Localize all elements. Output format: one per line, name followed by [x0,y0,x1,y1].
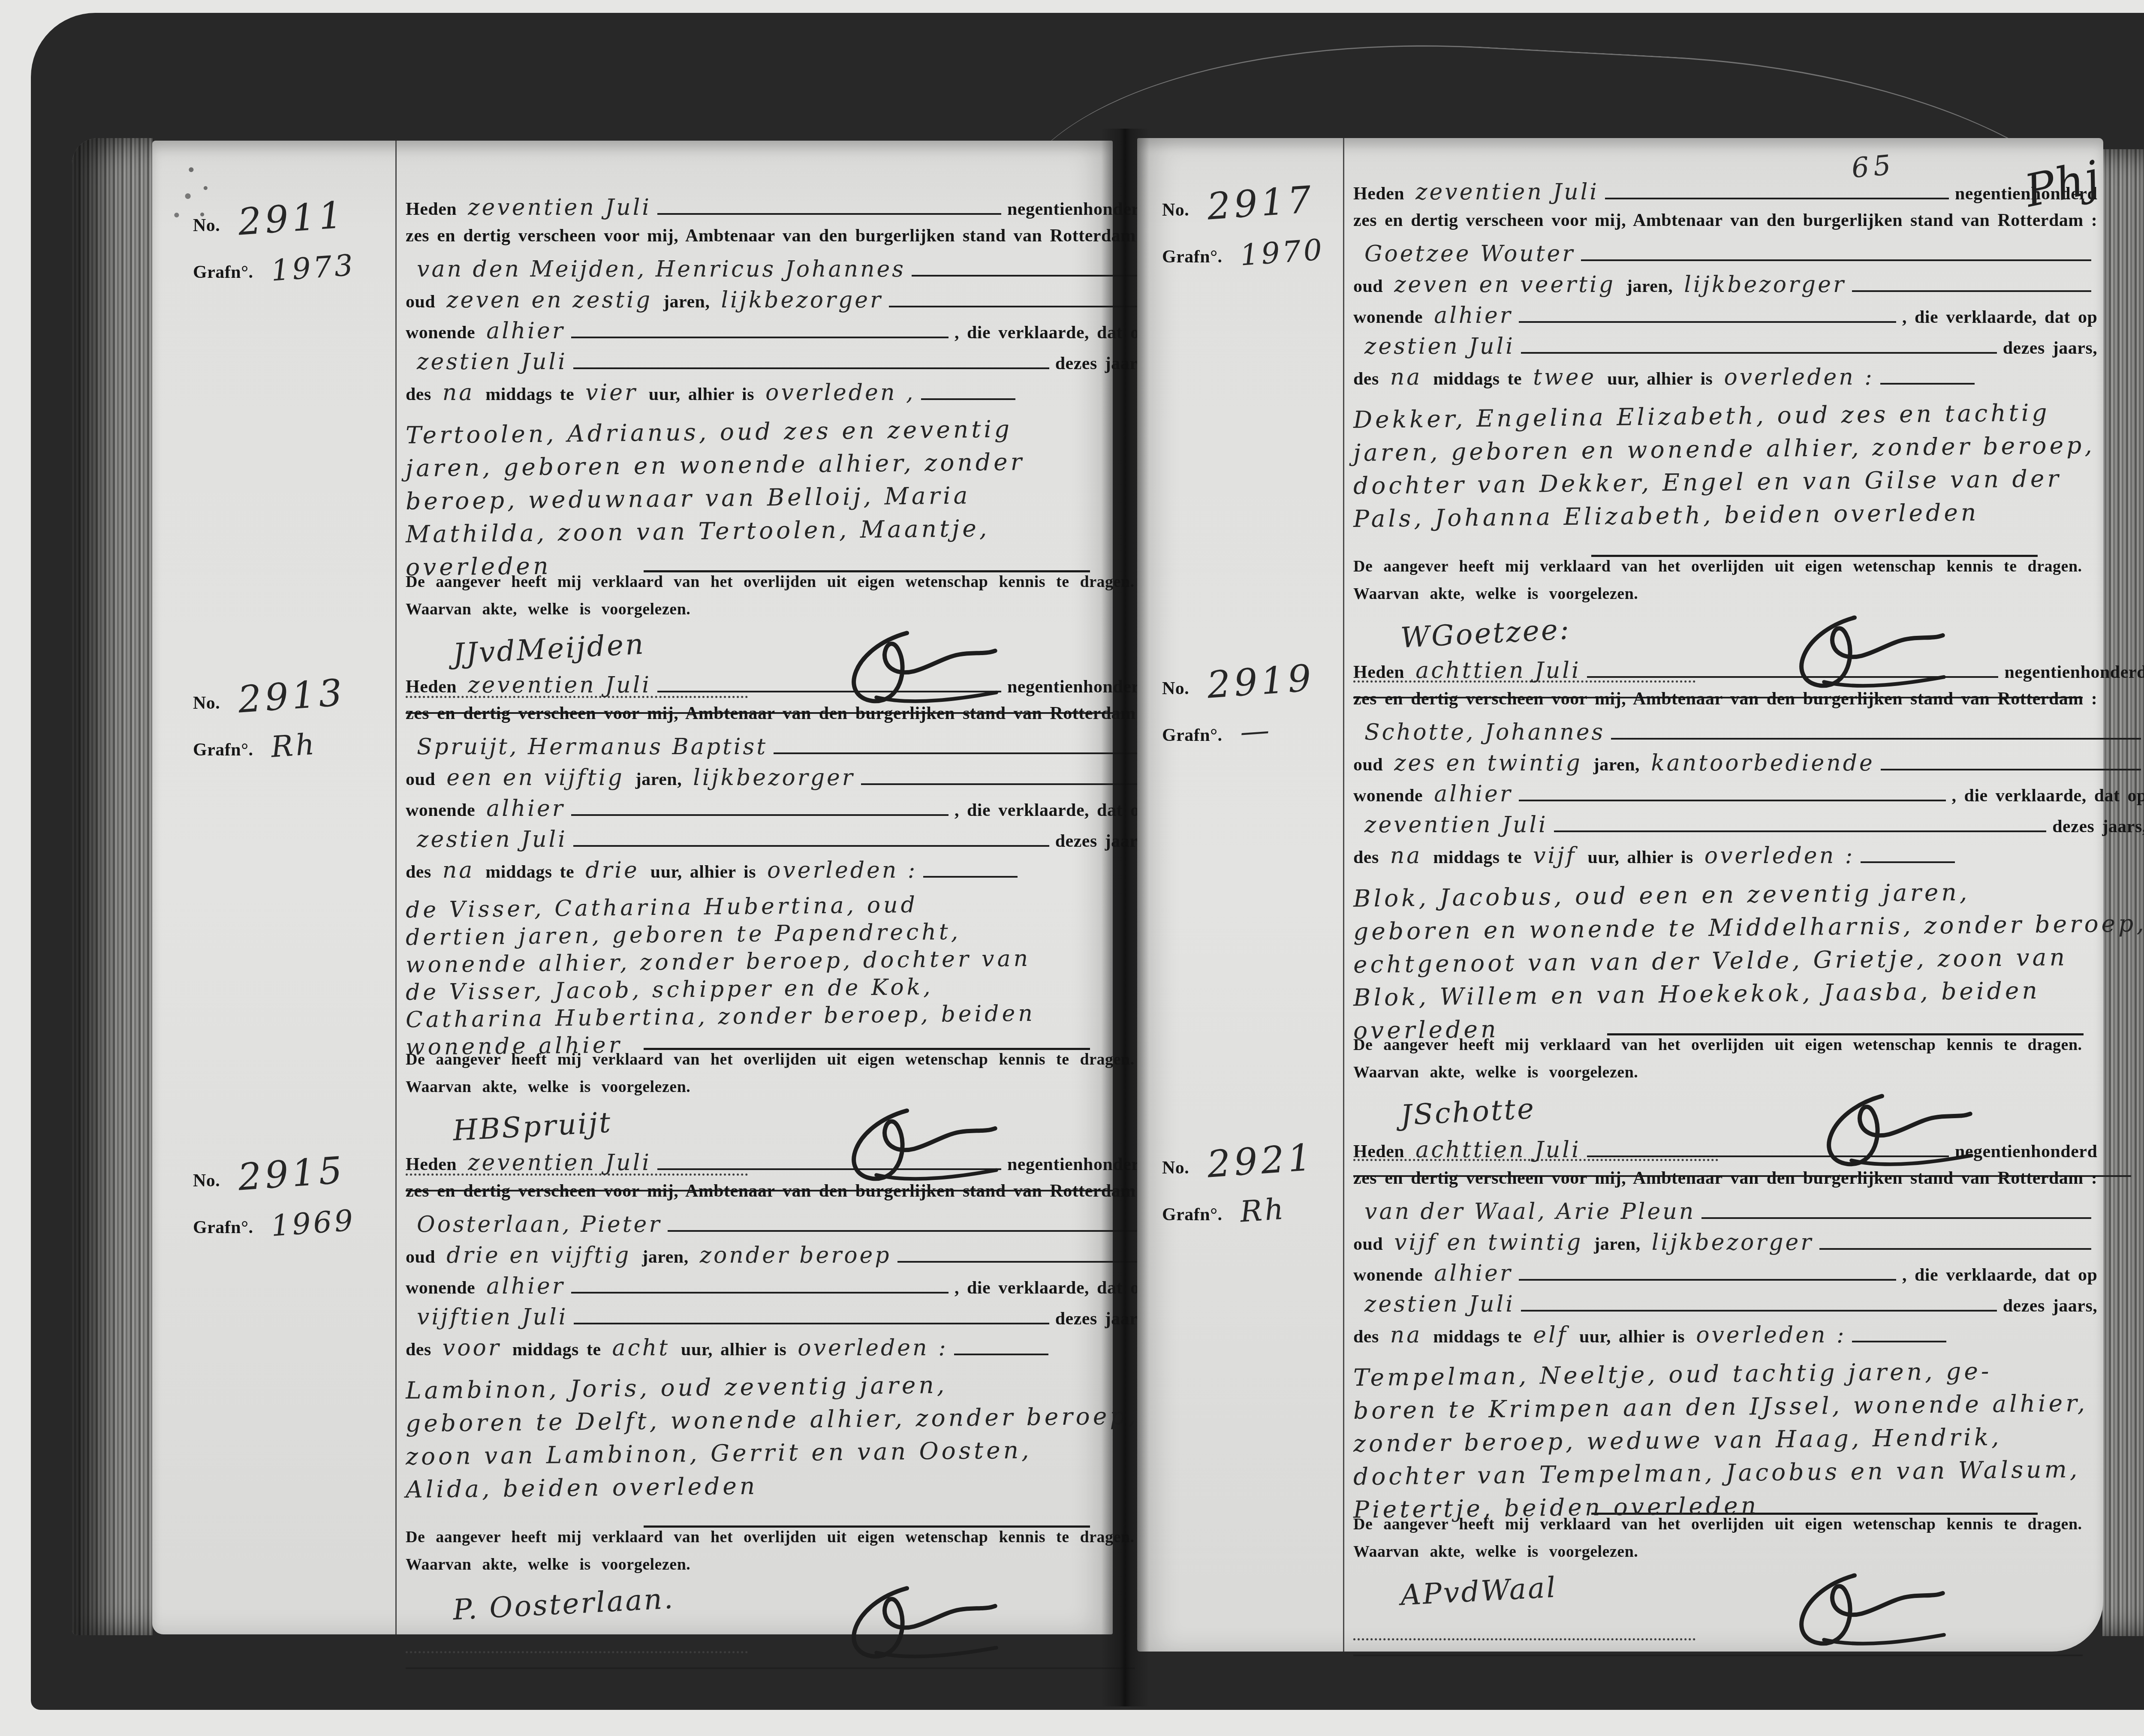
declarant-occupation: lijkbezorger [693,765,855,791]
waarvan-statement: Waarvan akte, welke is voorgelezen. [406,1077,690,1096]
dezes-jaars-label: dezes jaars, [2052,816,2144,837]
heden-label: Heden [1353,662,1404,683]
declaration-date: zeventien Juli [1415,179,1599,205]
signature-dotted-line [406,1651,748,1653]
grave-number-label: Grafn°. [1162,247,1222,267]
heden-label: Heden [1353,184,1404,204]
declaration-date: achttien Juli [1415,658,1581,683]
grave-number-value: Rh [270,727,318,764]
declarant-name: Spruijt, Hermanus Baptist [417,734,768,760]
jaren-label: jaren, [635,769,682,790]
declarant-residence: alhier [486,318,565,344]
blank-rule [1581,244,2091,261]
middags-label: middags te [1433,1327,1522,1347]
declarant-occupation: lijkbezorger [1652,1230,1813,1255]
declarant-signature: APvdWaal [1400,1571,1558,1612]
register-page-right: No. 2917 Grafn°. 1970 Heden zeventien Ju… [1137,138,2103,1652]
des-label: des [1353,847,1379,868]
signature-dotted-line [1353,1638,1695,1640]
deceased-details: Blok, Jacobus, oud een en zeventig jaren… [1353,878,2144,1046]
dezes-jaars-label: dezes jaars, [2003,1296,2098,1316]
declarant-signature: P. Oosterlaan. [452,1582,675,1627]
record-number-value: 2911 [237,193,347,244]
blank-rule [571,1276,949,1294]
death-hour: vijf [1533,843,1576,869]
record-number-label: No. [193,1170,220,1191]
deceased-details: Dekker, Engelina Elizabeth, oud zes en t… [1353,400,2097,568]
death-date: zestien Juli [417,827,567,852]
appeared-before-line: zes en dertig verscheen voor mij, Ambten… [1353,210,2097,231]
blank-rule [1519,306,1896,323]
death-record: No. 2915 Grafn°. 1969 Heden zeventien Ju… [152,1150,1113,1670]
oud-label: oud [1353,276,1383,297]
aangever-statement: De aangever heeft mij verklaard van het … [1353,557,2082,576]
overleden-word: overleden : [798,1335,948,1361]
record-number-value: 2913 [237,671,347,721]
appeared-before-line: zes en dertig verscheen voor mij, Ambten… [406,1181,1150,1201]
middags-label: middags te [1433,369,1522,389]
death-record: No. 2919 Grafn°. — Heden achttien Juli n… [1137,658,2103,1178]
oud-label: oud [406,292,435,312]
daypart: na [443,380,475,406]
des-label: des [406,1339,431,1360]
blank-rule [657,198,1001,215]
record-number-label: No. [1162,1158,1189,1178]
blank-rule [1611,722,2141,740]
record-number-value: 2917 [1206,178,1316,228]
appeared-before-line: zes en dertig verscheen voor mij, Ambten… [1353,1168,2097,1188]
declaration-date: zeventien Juli [468,1150,651,1176]
wonende-label: wonende [1353,307,1423,328]
verklaarde-label: , die verklaarde, dat op [1902,307,2097,328]
des-label: des [406,384,431,405]
negentienhonderd-label: negentienhonderd [2004,662,2144,683]
declarant-signature: HBSpruijt [452,1106,613,1147]
grave-number-label: Grafn°. [193,740,253,760]
overleden-word: overleden , [765,380,915,406]
record-number-label: No. [1162,200,1189,220]
death-record: No. 2921 Grafn°. Rh Heden achttien Juli … [1137,1137,2103,1657]
declarant-age: zeven en veertig [1394,272,1615,298]
blank-rule [668,1215,1144,1232]
declarant-name: Oosterlaan, Pieter [417,1212,662,1237]
des-label: des [1353,1327,1379,1347]
declarant-residence: alhier [1434,1261,1512,1286]
heden-label: Heden [406,677,457,697]
declarant-residence: alhier [486,1273,565,1299]
appeared-before-line: zes en dertig verscheen voor mij, Ambten… [1353,689,2097,709]
declarant-residence: alhier [1434,781,1512,807]
death-record: No. 2911 Grafn°. 1973 Heden zeventien Ju… [152,195,1113,715]
grave-number-value: 1969 [270,1203,357,1243]
blank-rule [1554,815,2047,832]
jaren-label: jaren, [1593,755,1640,775]
record-number-value: 2919 [1206,656,1316,707]
official-signature-icon [815,1579,999,1667]
oud-label: oud [406,769,435,790]
blank-rule [573,352,1049,369]
declarant-residence: alhier [486,796,565,821]
declarant-age: vijf en twintig [1394,1230,1583,1255]
verklaarde-label: , die verklaarde, dat op [1902,1265,2097,1285]
wonende-label: wonende [1353,1265,1423,1285]
verklaarde-label: , die verklaarde, dat op [1952,785,2144,806]
blank-rule [1587,1140,1949,1157]
death-record: No. 2913 Grafn°. Rh Heden zeventien Juli… [152,672,1113,1192]
deceased-details: de Visser, Catharina Hubertina, oudderti… [406,893,1150,1061]
blank-rule [571,799,949,816]
record-number-label: No. [193,693,220,713]
uur-alhier-label: uur, alhier is [681,1339,786,1360]
record-body: Heden zeventien Juli negentienhonderd ze… [395,195,1162,715]
deceased-details: Tertoolen, Adrianus, oud zes en zeventig… [406,415,1150,583]
record-margin-column: No. 2919 Grafn°. — [1137,658,1343,1178]
wonende-label: wonende [406,800,475,821]
blank-rule [774,737,1144,754]
page-number: 65 [1850,149,1897,185]
record-margin-column: No. 2915 Grafn°. 1969 [152,1150,395,1670]
uur-alhier-label: uur, alhier is [650,862,756,882]
aangever-statement: De aangever heeft mij verklaard van het … [406,1528,1135,1546]
blank-rule [1861,846,1955,863]
record-body: Heden achttien Juli negentienhonderd zes… [1343,658,2144,1178]
declarant-occupation: lijkbezorger [721,287,882,313]
record-number-value: 2921 [1206,1136,1316,1186]
record-divider-line [1353,1655,2083,1656]
blank-rule [657,1153,1001,1170]
deceased-details: Tempelman, Neeltje, oud tachtig jaren, g… [1353,1357,2097,1525]
declarant-signature: JJvdMeijden [452,627,646,670]
blank-rule [1852,1325,1946,1342]
grave-number-value: 1973 [270,248,357,288]
deceased-details: Lambinon, Joris, oud zeventig jaren,gebo… [406,1370,1150,1538]
daypart: na [1390,1322,1422,1348]
blank-rule [1605,182,1949,199]
declarant-age: een en vijftig [446,765,624,791]
record-body: Heden zeventien Juli negentienhonderd ze… [1343,179,2109,699]
appeared-before-line: zes en dertig verscheen voor mij, Ambten… [406,703,1150,724]
blank-rule [1587,661,1999,678]
middags-label: middags te [512,1339,601,1360]
waarvan-statement: Waarvan akte, welke is voorgelezen. [1353,584,1638,603]
record-margin-column: No. 2911 Grafn°. 1973 [152,195,395,715]
jaren-label: jaren, [642,1247,688,1267]
wonende-label: wonende [406,1278,475,1298]
heden-label: Heden [406,1154,457,1175]
declarant-occupation: lijkbezorger [1684,272,1846,298]
des-label: des [1353,369,1379,389]
declarant-name: van den Meijden, Henricus Johannes [417,256,906,282]
declaration-date: zeventien Juli [468,672,651,698]
jaren-label: jaren, [1626,276,1673,297]
daypart: voor [443,1335,501,1361]
record-divider-line [406,1667,1135,1669]
blank-rule [923,860,1018,878]
blank-rule [1521,1294,1997,1312]
appeared-before-line: zes en dertig verscheen voor mij, Ambten… [406,226,1150,246]
waarvan-statement: Waarvan akte, welke is voorgelezen. [406,600,690,619]
grave-number-value: 1970 [1239,233,1326,273]
blank-rule [1519,784,1946,801]
record-body: Heden zeventien Juli negentienhonderd ze… [395,1150,1162,1670]
record-body: Heden achttien Juli negentienhonderd zes… [1343,1137,2109,1657]
register-page-left: No. 2911 Grafn°. 1973 Heden zeventien Ju… [152,141,1113,1634]
declarant-name: van der Waal, Arie Pleun [1364,1199,1695,1225]
declarant-signature: WGoetzee: [1400,613,1572,655]
oud-label: oud [1353,1234,1383,1255]
declarant-age: drie en vijftig [446,1243,631,1268]
record-margin-column: No. 2921 Grafn°. Rh [1137,1137,1343,1657]
uur-alhier-label: uur, alhier is [649,384,754,405]
declaration-date: achttien Juli [1415,1137,1581,1163]
record-body: Heden zeventien Juli negentienhonderd ze… [395,672,1162,1192]
death-hour: drie [585,857,639,883]
overleden-word: overleden : [767,857,917,883]
death-date: vijftien Juli [417,1304,568,1330]
dezes-jaars-label: dezes jaars, [2003,338,2098,358]
oud-label: oud [406,1247,435,1267]
daypart: na [1390,843,1422,869]
middags-label: middags te [485,862,574,882]
declarant-age: zes en twintig [1394,750,1582,776]
declarant-name: Schotte, Johannes [1364,719,1605,745]
daypart: na [1390,364,1422,390]
declarant-name: Goetzee Wouter [1364,241,1575,267]
middags-label: middags te [1433,847,1522,868]
death-hour: vier [585,380,638,406]
official-signature-icon [1762,1566,1947,1654]
grave-number-label: Grafn°. [1162,1204,1222,1225]
grave-number-value: — [1239,713,1273,749]
death-record: No. 2917 Grafn°. 1970 Heden zeventien Ju… [1137,179,2103,699]
des-label: des [406,862,431,882]
book-gutter [1101,129,1149,1706]
declarant-signature: JSchotte [1400,1092,1536,1132]
heden-label: Heden [406,199,457,220]
blank-rule [1701,1202,2091,1219]
death-date: zestien Juli [1364,334,1515,359]
waarvan-statement: Waarvan akte, welke is voorgelezen. [1353,1542,1638,1561]
declarant-age: zeven en zestig [446,287,652,313]
negentienhonderd-label: negentienhonderd [1955,1141,2097,1162]
blank-rule [954,1338,1048,1355]
death-date: zestien Juli [417,349,567,375]
blank-rule [1519,1264,1896,1281]
death-hour: acht [612,1335,670,1361]
overleden-word: overleden : [1704,843,1855,869]
oud-label: oud [1353,755,1383,775]
jaren-label: jaren, [1594,1234,1640,1255]
jaren-label: jaren, [663,292,710,312]
page-edge-stack-left [72,138,153,1635]
record-number-label: No. [1162,678,1189,699]
overleden-word: overleden : [1696,1322,1846,1348]
uur-alhier-label: uur, alhier is [1579,1327,1685,1347]
record-number-value: 2915 [237,1149,347,1199]
waarvan-statement: Waarvan akte, welke is voorgelezen. [1353,1063,1638,1082]
declaration-date: zeventien Juli [468,195,651,220]
declarant-occupation: zonder beroep [700,1243,891,1268]
death-date: zestien Juli [1364,1291,1515,1317]
grave-number-value: Rh [1239,1192,1287,1229]
blank-rule [1880,367,1975,385]
blank-rule [1819,1233,2091,1250]
grave-number-label: Grafn°. [193,1217,253,1238]
death-date: zeventien Juli [1364,812,1548,838]
blank-rule [574,1307,1049,1324]
waarvan-statement: Waarvan akte, welke is voorgelezen. [406,1555,690,1574]
heden-label: Heden [1353,1141,1404,1162]
blank-rule [657,675,1001,692]
wonende-label: wonende [1353,785,1423,806]
death-hour: twee [1533,364,1596,390]
death-hour: elf [1533,1322,1568,1348]
grave-number-label: Grafn°. [1162,725,1222,746]
record-margin-column: No. 2913 Grafn°. Rh [152,672,395,1192]
uur-alhier-label: uur, alhier is [1588,847,1693,868]
middags-label: middags te [485,384,574,405]
microfilm-scan: No. 2911 Grafn°. 1973 Heden zeventien Ju… [0,0,2144,1736]
declarant-occupation: kantoorbediende [1651,750,1875,776]
overleden-word: overleden : [1724,364,1874,390]
grave-number-label: Grafn°. [193,262,253,283]
daypart: na [443,857,475,883]
record-margin-column: No. 2917 Grafn°. 1970 [1137,179,1343,699]
blank-rule [573,830,1049,847]
blank-rule [1521,337,1997,354]
uur-alhier-label: uur, alhier is [1607,369,1713,389]
blank-rule [1881,753,2141,770]
blank-rule [571,321,949,338]
blank-rule [921,383,1015,400]
declarant-residence: alhier [1434,303,1512,328]
wonende-label: wonende [406,322,475,343]
blank-rule [1852,275,2092,292]
